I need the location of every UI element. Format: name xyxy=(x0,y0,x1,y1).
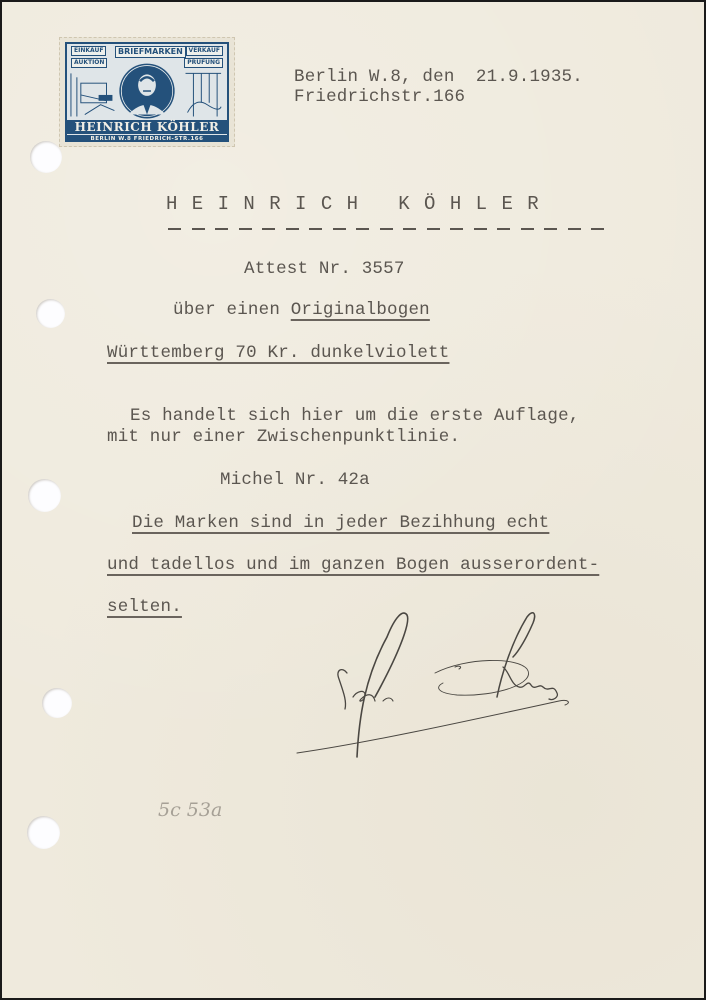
place-date: Berlin W.8, den 21.9.1935. xyxy=(294,69,583,87)
stamp-banner-verkauf: VERKAUF xyxy=(186,46,223,56)
stamp-banner-auktion: AUKTION xyxy=(71,58,107,68)
statement-line-2: und tadellos und im ganzen Bogen aussero… xyxy=(107,557,599,575)
statement-line-1: Die Marken sind in jeder Bezihhung echt xyxy=(132,515,549,533)
paragraph-line-1: Es handelt sich hier um die erste Auflag… xyxy=(130,408,579,426)
stamp-banner-einkauf: EINKAUF xyxy=(71,46,106,56)
signature-icon: Hei. Köhler xyxy=(287,597,587,767)
punch-hole xyxy=(27,816,60,849)
statement-line-3: selten. xyxy=(107,599,182,617)
letterhead-dashed-rule xyxy=(168,228,604,231)
stamp-address: BERLIN W.8 FRIEDRICH-STR.166 xyxy=(67,135,227,142)
stamp-banner-briefmarken: BRIEFMARKEN xyxy=(115,46,186,58)
stamp-name: HEINRICH KÖHLER xyxy=(67,120,227,134)
punch-hole xyxy=(42,688,72,718)
stamp-frame: EINKAUF AUKTION BRIEFMARKEN VERKAUF PRÜF… xyxy=(65,42,229,142)
stamp-banner-pruefung: PRÜFUNG xyxy=(184,58,223,68)
paragraph-line-2: mit nur einer Zwischenpunktlinie. xyxy=(107,429,460,447)
about-original-sheet: Originalbogen xyxy=(291,300,430,320)
letterhead-name: H E I N R I C H K Ö H L E R xyxy=(166,195,540,214)
certificate-page: EINKAUF AUKTION BRIEFMARKEN VERKAUF PRÜF… xyxy=(2,2,704,998)
item-description: Württemberg 70 Kr. dunkelviolett xyxy=(107,345,449,363)
pencil-note: 5c 53a xyxy=(158,799,222,821)
street-address: Friedrichstr.166 xyxy=(294,89,465,107)
dealer-stamp: EINKAUF AUKTION BRIEFMARKEN VERKAUF PRÜF… xyxy=(59,37,235,147)
punch-hole xyxy=(36,299,65,328)
attest-number: Attest Nr. 3557 xyxy=(244,261,405,279)
about-prefix: über einen xyxy=(173,300,291,320)
michel-number: Michel Nr. 42a xyxy=(220,472,370,490)
punch-hole xyxy=(30,141,62,173)
punch-hole xyxy=(28,479,61,512)
about-line: über einen Originalbogen xyxy=(173,302,430,320)
